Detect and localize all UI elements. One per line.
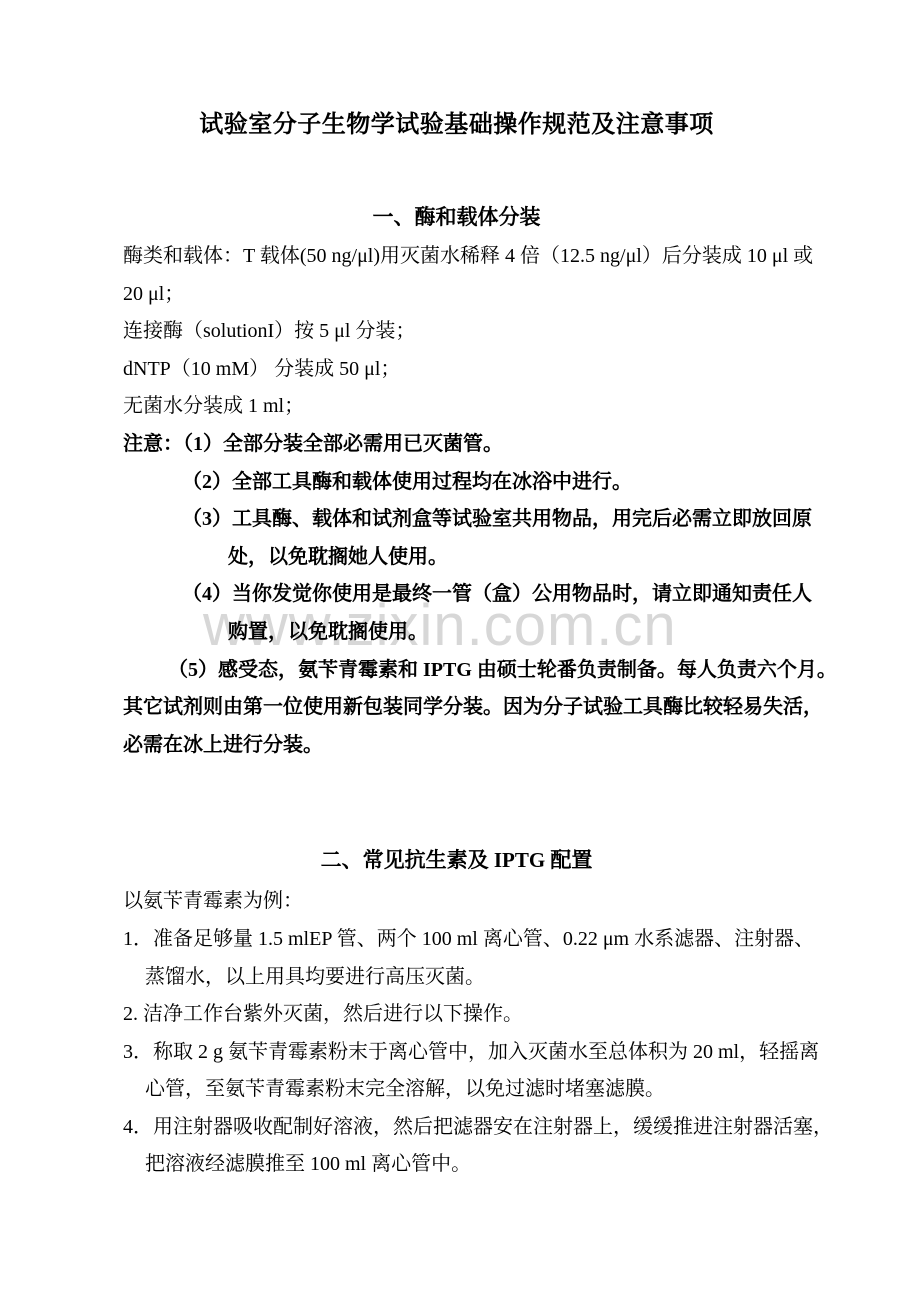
text-line: dNTP（10 mM） 分装成 50 μl； [123,351,790,389]
document-page: www.zixin.com.cn 试验室分子生物学试验基础操作规范及注意事项 一… [0,0,920,1302]
list-item-line: 1．准备足够量 1.5 mlEP 管、两个 100 ml 离心管、0.22 μm… [123,921,790,959]
section-2-heading: 二、常见抗生素及 IPTG 配置 [123,845,790,875]
list-item-line: 2. 洁净工作台紫外灭菌，然后进行以下操作。 [123,996,790,1034]
list-item-line: 把溶液经滤膜推至 100 ml 离心管中。 [123,1146,790,1184]
note-line: 注意：（1）全部分装全部必需用已灭菌管。 [123,426,790,464]
list-item-line: 4．用注射器吸收配制好溶液，然后把滤器安在注射器上，缓缓推进注射器活塞， [123,1109,790,1147]
note-line: 购置，以免耽搁使用。 [123,614,790,652]
note-line: 处，以免耽搁她人使用。 [123,539,790,577]
document-content: 试验室分子生物学试验基础操作规范及注意事项 一、酶和载体分装 酶类和载体：T 载… [0,0,920,1184]
text-line: 酶类和载体：T 载体(50 ng/μl)用灭菌水稀释 4 倍（12.5 ng/μ… [123,238,790,276]
note-line: （5）感受态，氨苄青霉素和 IPTG 由硕士轮番负责制备。每人负责六个月。 [123,652,790,690]
note-line: 其它试剂则由第一位使用新包装同学分装。因为分子试验工具酶比较轻易失活， [123,689,790,727]
note-line: （4）当你发觉你使用是最终一管（盒）公用物品时，请立即通知责任人 [123,576,790,614]
list-item-line: 3．称取 2 g 氨苄青霉素粉末于离心管中，加入灭菌水至总体积为 20 ml，轻… [123,1034,790,1072]
list-item-line: 心管，至氨苄青霉素粉末完全溶解，以免过滤时堵塞滤膜。 [123,1071,790,1109]
document-title: 试验室分子生物学试验基础操作规范及注意事项 [123,0,790,142]
text-line: 20 μl； [123,276,790,314]
text-line: 连接酶（solutionI）按 5 μl 分装； [123,313,790,351]
list-item-line: 蒸馏水，以上用具均要进行高压灭菌。 [123,959,790,997]
note-line: （3）工具酶、载体和试剂盒等试验室共用物品，用完后必需立即放回原 [123,501,790,539]
note-line: （2）全部工具酶和载体使用过程均在冰浴中进行。 [123,464,790,502]
note-line: 必需在冰上进行分装。 [123,727,790,765]
text-line: 以氨苄青霉素为例： [123,883,790,921]
text-line: 无菌水分装成 1 ml； [123,388,790,426]
section-1-heading: 一、酶和载体分装 [123,202,790,232]
